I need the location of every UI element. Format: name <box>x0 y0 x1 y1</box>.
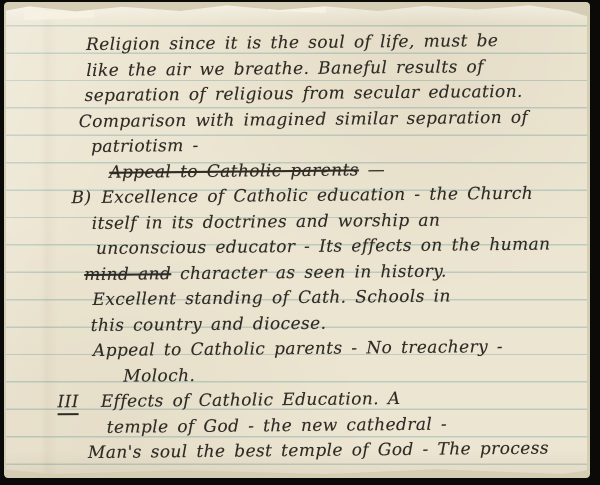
line-text: Religion since it is the soul of life, m… <box>86 31 498 55</box>
struck-text: mind and <box>84 264 171 285</box>
section-marker-roman-numeral: III <box>57 392 79 415</box>
line-text: unconscious educator - Its effects on th… <box>96 235 551 259</box>
line-text: this country and diocese. <box>91 313 327 335</box>
line-text: separation of religious from secular edu… <box>84 82 522 106</box>
line-text: itself in its doctrines and worship an <box>92 210 441 233</box>
line-text: Moloch. <box>123 365 195 386</box>
line-text: Man's soul the best temple of God - The … <box>88 439 549 463</box>
line-text: Effects of Catholic Education. A <box>101 389 401 412</box>
line-text: Comparison with imagined similar separat… <box>79 107 529 131</box>
line-text: patriotism - <box>91 136 199 157</box>
line-text: like the air we breathe. Baneful results… <box>86 57 484 81</box>
notebook-page: Religion since it is the soul of life, m… <box>6 4 587 474</box>
line-text: Excellent standing of Cath. Schools in <box>92 287 450 310</box>
struck-text: Appeal to Catholic parents <box>109 160 359 182</box>
line-text: Excellence of Catholic education - the C… <box>101 184 533 208</box>
manuscript-text: Religion since it is the soul of life, m… <box>4 28 589 467</box>
line-text: temple of God - the new cathedral - <box>107 414 448 437</box>
line-text: Appeal to Catholic parents - No treacher… <box>93 337 503 361</box>
section-marker: B) <box>71 188 91 208</box>
line-text: character as seen in history. <box>180 261 447 284</box>
line-text: — <box>368 160 386 180</box>
